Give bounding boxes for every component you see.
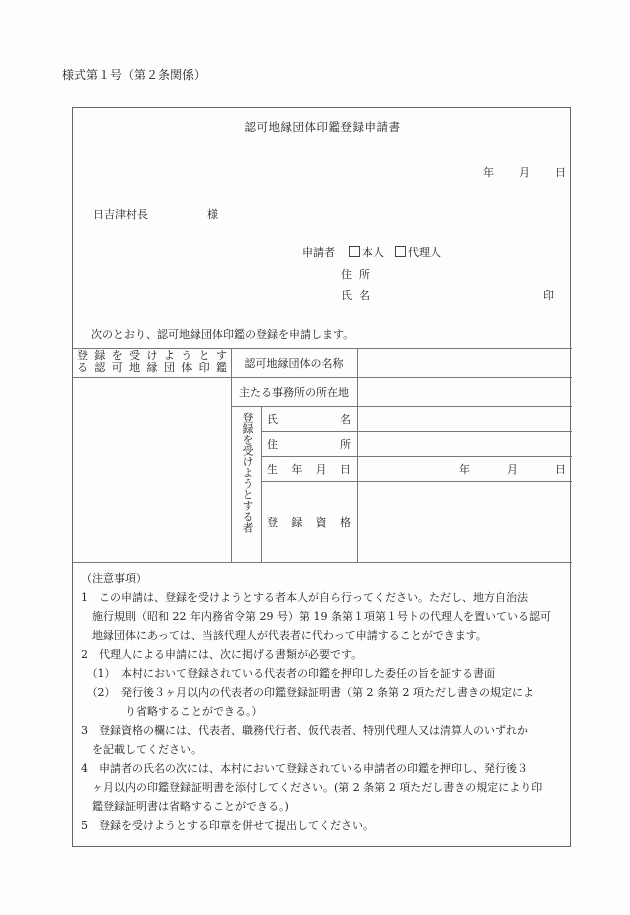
office-location-label: 主たる事務所の所在地 xyxy=(231,384,357,400)
note-line: ヶ月以内の印鑑登録証明書を添付してください。(第 2 条第 2 項ただし書きの規… xyxy=(81,778,566,797)
notes-heading: （注意事項） xyxy=(81,569,566,588)
checkbox-agent[interactable] xyxy=(395,246,406,257)
applicant-name-label: 氏 名 xyxy=(341,287,370,303)
seal-header-line2: る認可地縁団体印鑑 xyxy=(77,362,227,374)
note-line: り省略することができる。） xyxy=(81,702,566,721)
registrant-birthdate-field[interactable]: 年 月 日 xyxy=(359,458,569,480)
date-day-label: 日 xyxy=(555,164,566,180)
registration-qualification-field[interactable] xyxy=(359,483,569,561)
registrant-address-field[interactable] xyxy=(359,433,569,455)
applicant-address-label: 住 所 xyxy=(341,266,370,282)
group-name-field[interactable] xyxy=(359,350,569,376)
registrant-birthdate-label: 生年月日 xyxy=(267,461,351,477)
note-line: 3 登録資格の欄には、代表者、職務代行者、仮代表者、特別代理人又は清算人のいずれ… xyxy=(81,721,566,740)
note-line: を記載してください。 xyxy=(81,740,566,759)
divider xyxy=(261,456,572,457)
note-line: 1 この申請は、登録を受けようとする者本人が自ら行ってください。ただし、地方自治… xyxy=(81,588,566,607)
note-line: 施行規則（昭和 22 年内務省令第 29 号）第 19 条第１項第１号トの代理人… xyxy=(81,607,566,626)
divider xyxy=(231,406,572,407)
seal-header: 登録を受けようとす る認可地縁団体印鑑 xyxy=(77,350,227,374)
divider xyxy=(73,562,572,563)
addressee-name: 日吉津村長 xyxy=(93,206,148,222)
note-line: 5 登録を受けようとする印章を併せて提出してください。 xyxy=(81,816,566,835)
note-line: （2） 発行後３ヶ月以内の代表者の印鑑登録証明書（第 2 条第 2 項ただし書き… xyxy=(81,683,566,702)
application-statement: 次のとおり、認可地縁団体印鑑の登録を申請します。 xyxy=(91,326,354,342)
divider xyxy=(261,481,572,482)
form-number-label: 様式第１号（第２条関係） xyxy=(62,66,206,83)
addressee-honorific: 様 xyxy=(207,206,218,222)
date-month-label: 月 xyxy=(519,164,530,180)
seal-impression-area[interactable] xyxy=(79,380,227,560)
registration-qualification-label: 登録資格 xyxy=(267,514,351,530)
notes-section: （注意事項） 1 この申請は、登録を受けようとする者本人が自ら行ってください。た… xyxy=(81,569,566,835)
registrant-name-field[interactable] xyxy=(359,408,569,430)
office-location-field[interactable] xyxy=(359,379,569,405)
seal-mark: 印 xyxy=(543,287,554,303)
date-year-label: 年 xyxy=(483,164,494,180)
divider xyxy=(261,406,262,562)
applicant-label: 申請者 xyxy=(302,244,335,260)
applicant-option-self[interactable]: 本人 xyxy=(349,244,384,260)
divider xyxy=(231,348,232,562)
application-form: 認可地縁団体印鑑登録申請書 年 月 日 日吉津村長 様 申請者 本人 代理人 住… xyxy=(72,107,571,847)
divider xyxy=(261,431,572,432)
checkbox-self[interactable] xyxy=(349,246,360,257)
note-line: 地縁団体にあっては、当該代理人が代表者に代わって申請することができます。 xyxy=(81,626,566,645)
note-line: 2 代理人による申請には、次に掲げる書類が必要です。 xyxy=(81,645,566,664)
note-line: （1） 本村において登録されている代表者の印鑑を押印した委任の旨を証する書面 xyxy=(81,664,566,683)
divider xyxy=(357,348,358,562)
registrant-group-label: 登録を受けようとする者 xyxy=(239,412,255,560)
applicant-option-agent[interactable]: 代理人 xyxy=(395,244,441,260)
note-line: 4 申請者の氏名の次には、本村において登録されている申請者の印鑑を押印し、発行後… xyxy=(81,759,566,778)
registrant-name-label: 氏名 xyxy=(267,411,351,427)
note-line: 鑑登録証明書は省略することができる。) xyxy=(81,797,566,816)
group-name-label: 認可地縁団体の名称 xyxy=(231,355,357,371)
divider xyxy=(73,377,572,378)
form-title: 認可地縁団体印鑑登録申請書 xyxy=(73,119,572,135)
registrant-address-label: 住所 xyxy=(267,436,351,452)
